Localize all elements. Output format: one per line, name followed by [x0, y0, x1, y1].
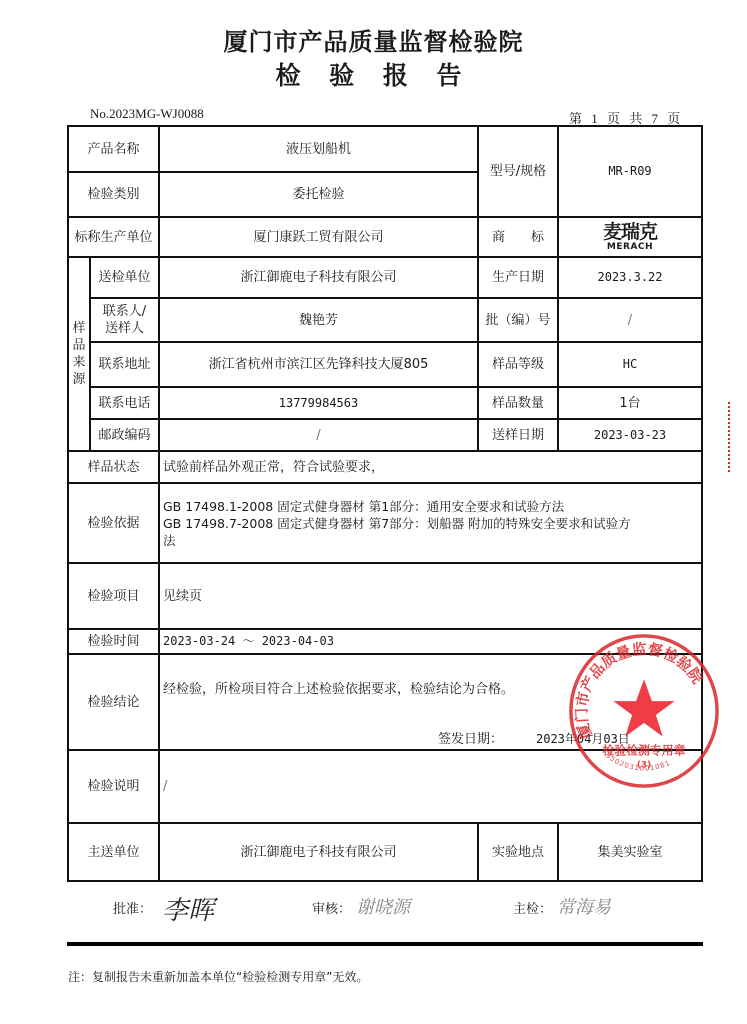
svg-text:检验检测专用章: 检验检测专用章: [603, 743, 686, 757]
logo-chinese: 麦瑞克: [603, 223, 657, 242]
basis-line: GB 17498.1-2008 固定式健身器材 第1部分：通用安全要求和试验方法: [163, 498, 564, 515]
label-sample-source: 样 品 来 源: [69, 258, 89, 450]
basis-line: GB 17498.7-2008 固定式健身器材 第7部分：划船器 附加的特殊安全…: [163, 515, 631, 532]
value-submitter: 浙江御鹿电子科技有限公司: [160, 258, 477, 297]
value-delivery-date: 2023-03-23: [559, 420, 701, 450]
value-product-name: 液压划船机: [160, 127, 477, 171]
issue-date-label: 签发日期：: [435, 729, 525, 749]
inspector-signature: 常海易: [557, 893, 611, 919]
label-delivery-date: 送样日期: [479, 420, 557, 450]
value-manufacturer: 厦门康跃工贸有限公司: [160, 218, 477, 256]
seam-stamp-mark: [728, 402, 733, 472]
footer-divider: [67, 942, 703, 946]
value-sample-qty: 1台: [559, 388, 701, 418]
value-production-date: 2023.3.22: [559, 258, 701, 297]
approve-label: 批准：: [113, 898, 152, 917]
value-model: MR-R09: [559, 127, 701, 216]
value-postcode: /: [160, 420, 477, 450]
label-model: 型号/规格: [479, 127, 557, 216]
basis-line: 法: [163, 532, 176, 549]
label-sample-state: 样品状态: [69, 452, 158, 482]
footer-note: 注：复制报告未重新加盖本单位“检验检测专用章”无效。: [68, 968, 368, 985]
label-phone: 联系电话: [91, 388, 158, 418]
value-address: 浙江省杭州市滨江区先锋科技大厦805: [160, 343, 477, 386]
value-sample-grade: HC: [559, 343, 701, 386]
label-batch-no: 批（编）号: [479, 299, 557, 341]
label-period: 检验时间: [69, 630, 158, 653]
label-trademark: 商 标: [479, 218, 557, 256]
label-product-name: 产品名称: [69, 127, 158, 171]
value-basis: GB 17498.1-2008 固定式健身器材 第1部分：通用安全要求和试验方法…: [160, 484, 701, 562]
label-contact-person: 联系人/ 送样人: [91, 299, 158, 341]
trademark-logo: 麦瑞克 MERACH: [559, 218, 701, 256]
review-signature: 谢晓源: [356, 893, 410, 919]
value-sample-state: 试验前样品外观正常，符合试验要求，: [160, 452, 701, 482]
label-address: 联系地址: [91, 343, 158, 386]
value-inspection-type: 委托检验: [160, 173, 477, 216]
report-number: No.2023MG-WJ0088: [90, 106, 204, 122]
official-seal-icon: 厦门市产品质量监督检验院 检验检测专用章 (3) 3502031001081: [565, 632, 723, 790]
value-items: 见续页: [160, 564, 701, 628]
value-main-sender: 浙江御鹿电子科技有限公司: [160, 824, 477, 880]
label-manufacturer: 标称生产单位: [69, 218, 158, 256]
label-main-sender: 主送单位: [69, 824, 158, 880]
value-lab-location: 集美实验室: [559, 824, 701, 880]
value-conclusion: 经检验，所检项目符合上述检验依据要求，检验结论为合格。: [160, 678, 580, 700]
label-sample-qty: 样品数量: [479, 388, 557, 418]
value-phone: 13779984563: [160, 388, 477, 418]
value-batch-no: /: [559, 299, 701, 341]
label-remarks: 检验说明: [69, 751, 158, 822]
inspector-label: 主检：: [513, 898, 552, 917]
logo-english: MERACH: [607, 243, 653, 252]
label-conclusion: 检验结论: [69, 655, 158, 749]
label-lab-location: 实验地点: [479, 824, 557, 880]
label-submitter: 送检单位: [91, 258, 158, 297]
label-inspection-type: 检验类别: [69, 173, 158, 216]
value-contact-person: 魏艳芳: [160, 299, 477, 341]
document-title: 检 验 报 告: [0, 56, 747, 92]
label-production-date: 生产日期: [479, 258, 557, 297]
label-basis: 检验依据: [69, 484, 158, 562]
label-postcode: 邮政编码: [91, 420, 158, 450]
label-items: 检验项目: [69, 564, 158, 628]
institute-name: 厦门市产品质量监督检验院: [0, 22, 747, 57]
approve-signature: 李晖: [162, 890, 214, 927]
review-label: 审核：: [312, 898, 351, 917]
label-sample-grade: 样品等级: [479, 343, 557, 386]
